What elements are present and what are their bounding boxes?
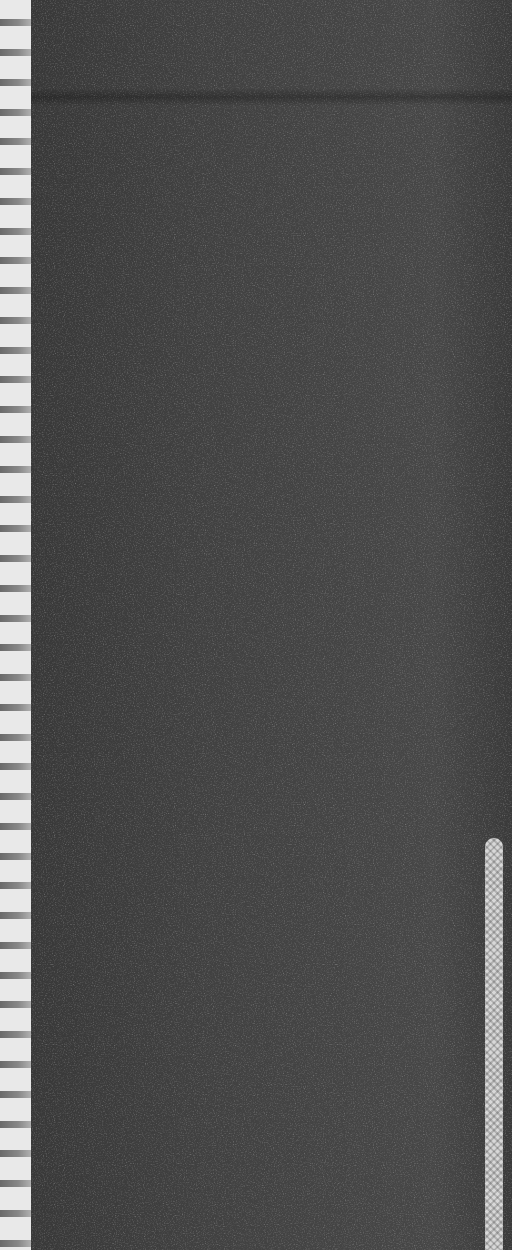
crosswalk-gap — [0, 734, 31, 741]
crosswalk-gap — [0, 317, 31, 324]
crosswalk-gap — [0, 376, 31, 383]
crosswalk-gap — [0, 853, 31, 860]
crosswalk-gap — [0, 555, 31, 562]
crosswalk-gap — [0, 436, 31, 443]
crosswalk-gap — [0, 347, 31, 354]
crosswalk-gap — [0, 704, 31, 711]
crosswalk-gap — [0, 644, 31, 651]
crosswalk-gap — [0, 525, 31, 532]
crosswalk-gap — [0, 585, 31, 592]
crosswalk-gap — [0, 1031, 31, 1038]
crosswalk-gap — [0, 912, 31, 919]
crosswalk-gap — [0, 942, 31, 949]
lane-marking — [485, 838, 503, 1250]
crosswalk-gap — [0, 1210, 31, 1217]
crosswalk-gap — [0, 138, 31, 145]
crosswalk-gap — [0, 228, 31, 235]
crosswalk-gap — [0, 257, 31, 264]
crosswalk-gap — [0, 823, 31, 830]
crosswalk-gap — [0, 1001, 31, 1008]
crosswalk-gap — [0, 1091, 31, 1098]
crosswalk-gap — [0, 1061, 31, 1068]
asphalt-texture — [0, 0, 512, 1250]
crosswalk-gap — [0, 763, 31, 770]
crosswalk-gap — [0, 49, 31, 56]
crosswalk-gap — [0, 972, 31, 979]
crosswalk-gap — [0, 287, 31, 294]
crosswalk-gap — [0, 882, 31, 889]
crosswalk-stripes — [0, 0, 31, 1250]
crosswalk-gap — [0, 1240, 31, 1247]
crosswalk-gap — [0, 168, 31, 175]
crosswalk-gap — [0, 1150, 31, 1157]
crosswalk-gap — [0, 198, 31, 205]
crosswalk-gap — [0, 19, 31, 26]
road-shadow-band — [30, 88, 512, 106]
road-aerial-image — [0, 0, 512, 1250]
crosswalk-gap — [0, 1180, 31, 1187]
crosswalk-gap — [0, 615, 31, 622]
crosswalk-gap — [0, 79, 31, 86]
crosswalk-gap — [0, 466, 31, 473]
crosswalk-gap — [0, 496, 31, 503]
crosswalk-gap — [0, 674, 31, 681]
crosswalk-gap — [0, 793, 31, 800]
crosswalk-gap — [0, 109, 31, 116]
crosswalk-gap — [0, 406, 31, 413]
crosswalk-gap — [0, 1121, 31, 1128]
